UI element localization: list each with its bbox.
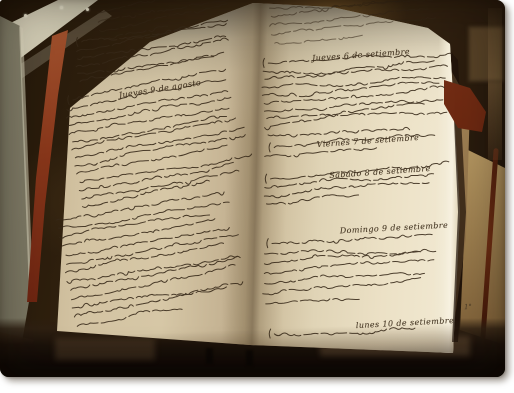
page-background: Jueves 9 de agosto Jueves 6 de setiembre… xyxy=(0,0,514,393)
manuscript-photo: Jueves 9 de agosto Jueves 6 de setiembre… xyxy=(0,0,505,377)
folio-margin-note: 1° xyxy=(464,303,472,311)
